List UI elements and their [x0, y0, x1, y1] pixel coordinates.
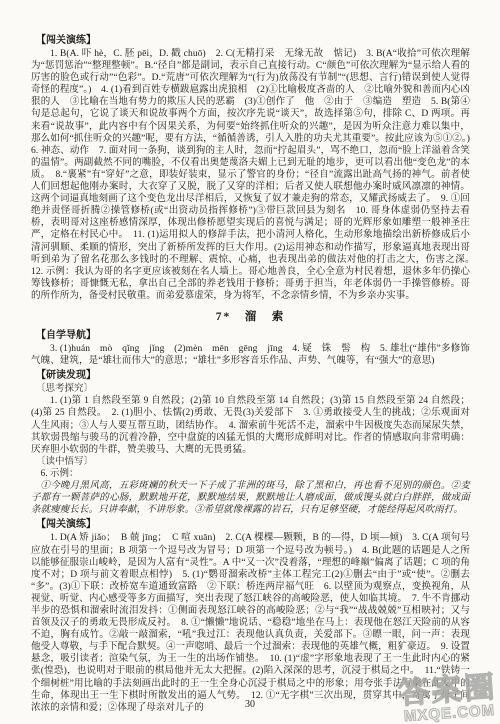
answers-paragraph-liusuo: 1. D(A 矫 jiǎo； B 兢 jīng； C 喧 xuān) 2. C(… — [31, 532, 470, 713]
answers-paragraph-bianselong: 1. B(A. 吓 hè，C. 胚 pēi，D. 戳 chuō) 2. C(无精… — [31, 48, 470, 302]
workbook-answer-page: 【闯关演练】 1. B(A. 吓 hè，C. 胚 pēi，D. 戳 chuō) … — [0, 0, 500, 724]
example-paragraph: ①今晚月黑风高，五彩斑斓的秋天一下子成了非洲的斑马，除了黑和白，再也看不见别的颜… — [31, 480, 470, 516]
subsection-sikao-tanjiu: 〔思考探究〕 — [31, 383, 470, 395]
section-heading-chuangguan-2: 【闯关演练】 — [31, 518, 470, 532]
answers-paragraph-sikao: 1. (1)第 1 自然段至第 9 自然段；(2)第 10 自然段至第 14 自… — [31, 395, 470, 455]
section-liusuo-chuangguan: 【闯关演练】 1. D(A 矫 jiǎo； B 兢 jīng； C 喧 xuān… — [31, 518, 470, 713]
section-heading-zixue: 【自学导航】 — [31, 329, 470, 343]
section-bianselong-chuangguan: 【闯关演练】 1. B(A. 吓 hè，C. 胚 pēi，D. 戳 chuō) … — [31, 34, 470, 302]
section-yandu-faxian: 【研读发现】 〔思考探究〕 1. (1)第 1 自然段至第 9 自然段；(2)第… — [31, 369, 470, 516]
example-label: 6. 示例： — [31, 468, 470, 480]
page-number: 30 — [0, 699, 500, 710]
lesson-title: 7* 溜 索 — [31, 308, 470, 324]
answers-paragraph-zixue: 3. (1)huán mò qǐng jǐng (2)mèn mēn gēng … — [31, 343, 470, 367]
section-zixue-daohang: 【自学导航】 3. (1)huán mò qǐng jǐng (2)mèn mē… — [31, 329, 470, 367]
section-heading-chuangguan-1: 【闯关演练】 — [31, 34, 470, 48]
subsection-duzhong-wuxie: 〔读中悟写〕 — [31, 456, 470, 468]
section-heading-yandu: 【研读发现】 — [31, 369, 470, 383]
